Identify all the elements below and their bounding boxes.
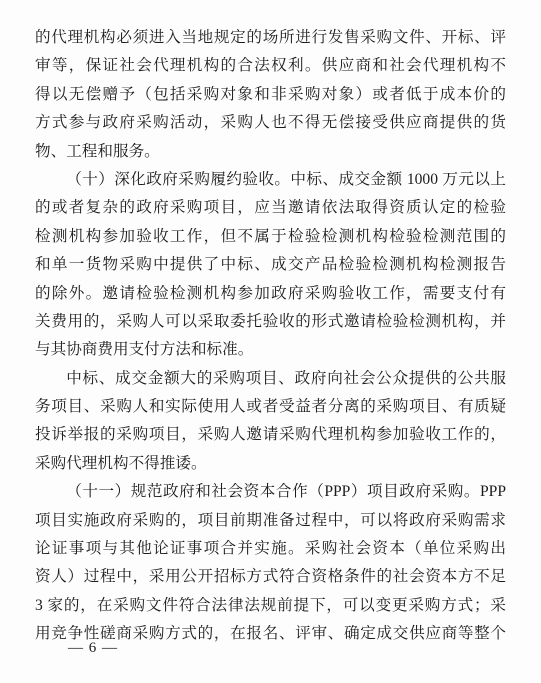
- text-line: 中标、成交金额大的采购项目、政府向社会公众提供的公共服: [35, 365, 506, 393]
- text-line: 的或者复杂的政府采购项目，应当邀请依法取得资质认定的检验: [35, 194, 506, 222]
- text-line: 的代理机构必须进入当地规定的场所进行发售采购文件、开标、评: [35, 24, 506, 52]
- paragraph-continuation: 的代理机构必须进入当地规定的场所进行发售采购文件、开标、评 审等，保证社会代理机…: [35, 24, 506, 166]
- text-line: 关费用的，采购人可以采取委托验收的形式邀请检验检测机构，并: [35, 308, 506, 336]
- paragraph-item-10: （十）深化政府采购履约验收。中标、成交金额 1000 万元以上 的或者复杂的政府…: [35, 166, 506, 365]
- text-line: 项目实施政府采购的，项目前期准备过程中，可以将政府采购需求: [35, 507, 506, 535]
- text-line: （十一）规范政府和社会资本合作（PPP）项目政府采购。PPP: [35, 478, 506, 506]
- document-page: 的代理机构必须进入当地规定的场所进行发售采购文件、开标、评 审等，保证社会代理机…: [0, 0, 541, 683]
- paragraph-item-11: （十一）规范政府和社会资本合作（PPP）项目政府采购。PPP 项目实施政府采购的…: [35, 478, 506, 648]
- text-line: 的除外。邀请检验检测机构参加政府采购验收工作，需要支付有: [35, 280, 506, 308]
- text-line: 资人）过程中，采用公开招标方式符合资格条件的社会资本方不足: [35, 563, 506, 591]
- text-line: 论证事项与其他论证事项合并实施。采购社会资本（单位采购出: [35, 535, 506, 563]
- text-line: 检测机构参加验收工作，但不属于检验检测机构检验检测范围的: [35, 223, 506, 251]
- text-line: 和单一货物采购中提供了中标、成交产品检验检测机构检测报告: [35, 251, 506, 279]
- paragraph-acceptance: 中标、成交金额大的采购项目、政府向社会公众提供的公共服 务项目、采购人和实际使用…: [35, 365, 506, 479]
- text-line: 物、工程和服务。: [35, 138, 506, 166]
- text-line: 方式参与政府采购活动，采购人也不得无偿接受供应商提供的货: [35, 109, 506, 137]
- text-line: （十）深化政府采购履约验收。中标、成交金额 1000 万元以上: [35, 166, 506, 194]
- text-line: 投诉举报的采购项目，采购人邀请采购代理机构参加验收工作的，: [35, 421, 506, 449]
- text-line: 3 家的，在采购文件符合法律法规前提下，可以变更采购方式；采: [35, 592, 506, 620]
- text-line: 采购代理机构不得推诿。: [35, 450, 506, 478]
- page-body-text: 的代理机构必须进入当地规定的场所进行发售采购文件、开标、评 审等，保证社会代理机…: [35, 24, 506, 649]
- text-line: 审等，保证社会代理机构的合法权利。供应商和社会代理机构不: [35, 52, 506, 80]
- text-line: 务项目、采购人和实际使用人或者受益者分离的采购项目、有质疑: [35, 393, 506, 421]
- text-line: 与其协商费用支付方法和标准。: [35, 336, 506, 364]
- text-line: 得以无偿赠予（包括采购对象和非采购对象）或者低于成本价的: [35, 81, 506, 109]
- page-number-footer: — 6 —: [68, 640, 118, 657]
